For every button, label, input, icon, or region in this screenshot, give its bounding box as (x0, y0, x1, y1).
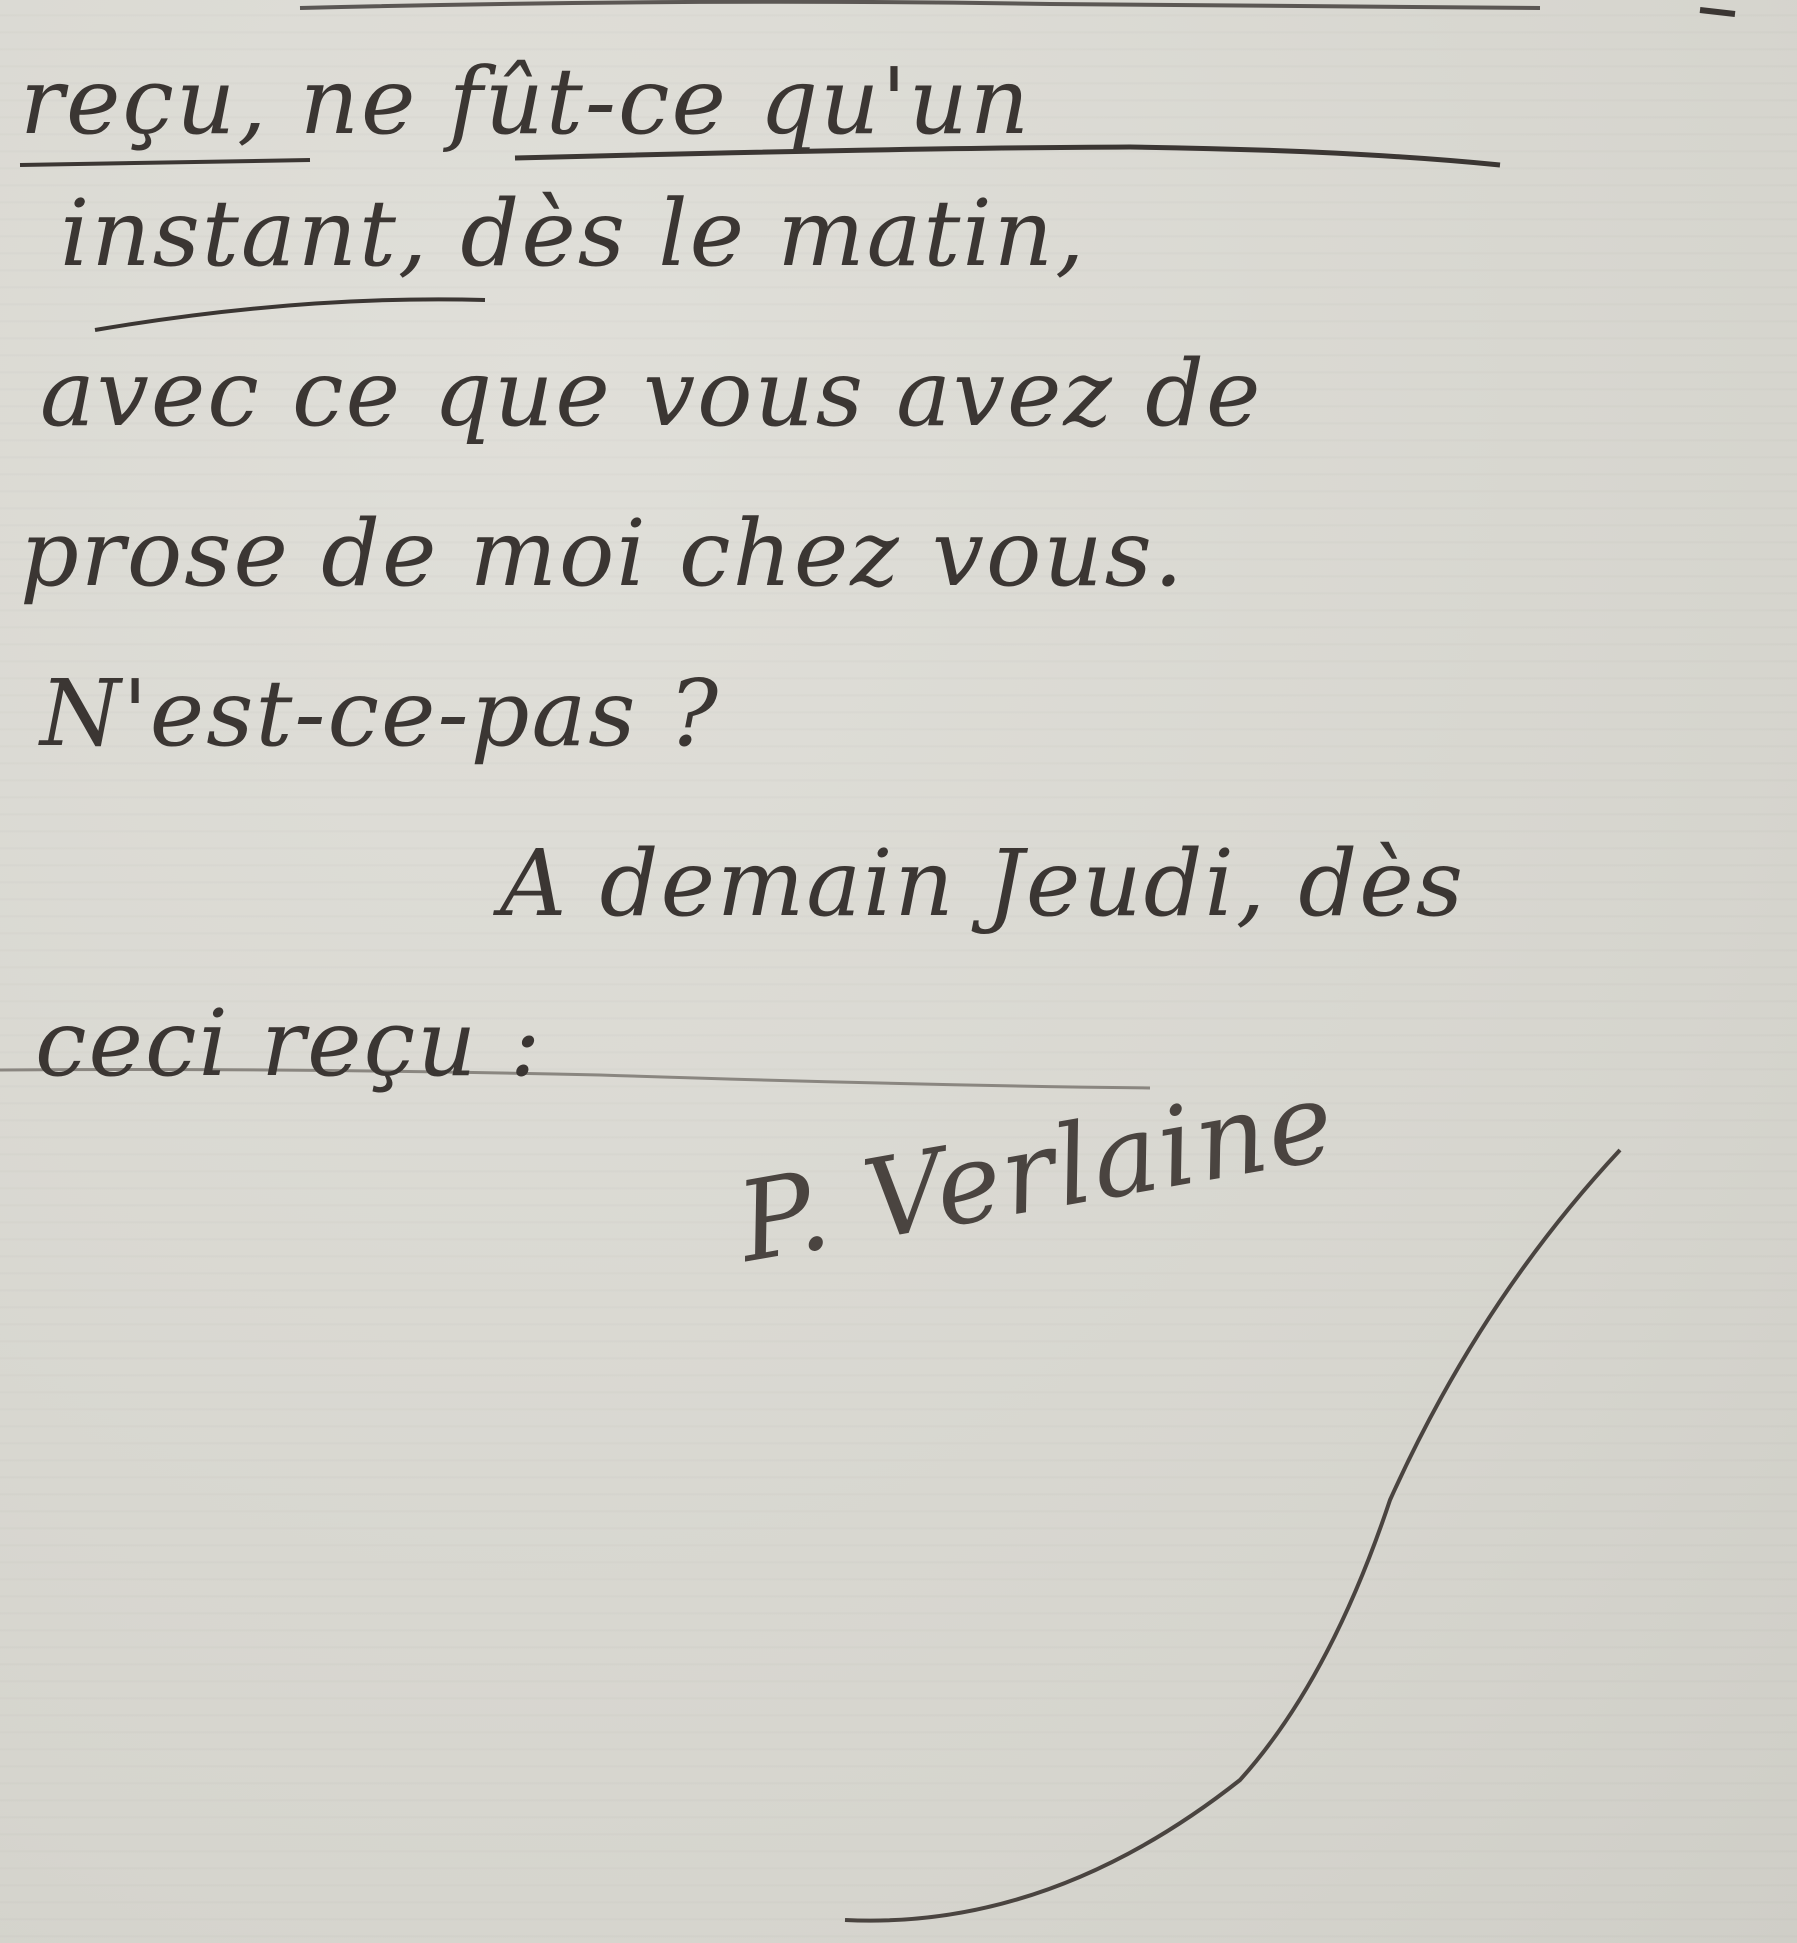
letter-line-7-text: ceci reçu : (35, 990, 543, 1097)
pen-strokes (0, 0, 1797, 1943)
letter-line-7: ceci reçu : (35, 990, 543, 1097)
letter-line-2: instant, dès le matin, (60, 180, 1086, 287)
letter-line-3: avec ce que vous avez de (40, 340, 1262, 447)
letter-line-6: A demain Jeudi, dès (500, 830, 1465, 937)
letter-line-1: reçu, ne fût-ce qu'un (20, 48, 1031, 155)
letter-line-6-text: A demain Jeudi, dès (500, 830, 1465, 937)
letter-line-5: N'est-ce-pas ? (40, 660, 720, 767)
letter-line-3-text: avec ce que vous avez de (40, 340, 1262, 447)
letter-line-5-text: N'est-ce-pas ? (40, 660, 720, 767)
letter-line-1-text: reçu, ne fût-ce qu'un (20, 48, 1031, 155)
letter-line-4: prose de moi chez vous. (20, 500, 1185, 607)
letter-line-4-text: prose de moi chez vous. (20, 500, 1185, 607)
letter-line-2-text: instant, dès le matin, (60, 180, 1086, 287)
